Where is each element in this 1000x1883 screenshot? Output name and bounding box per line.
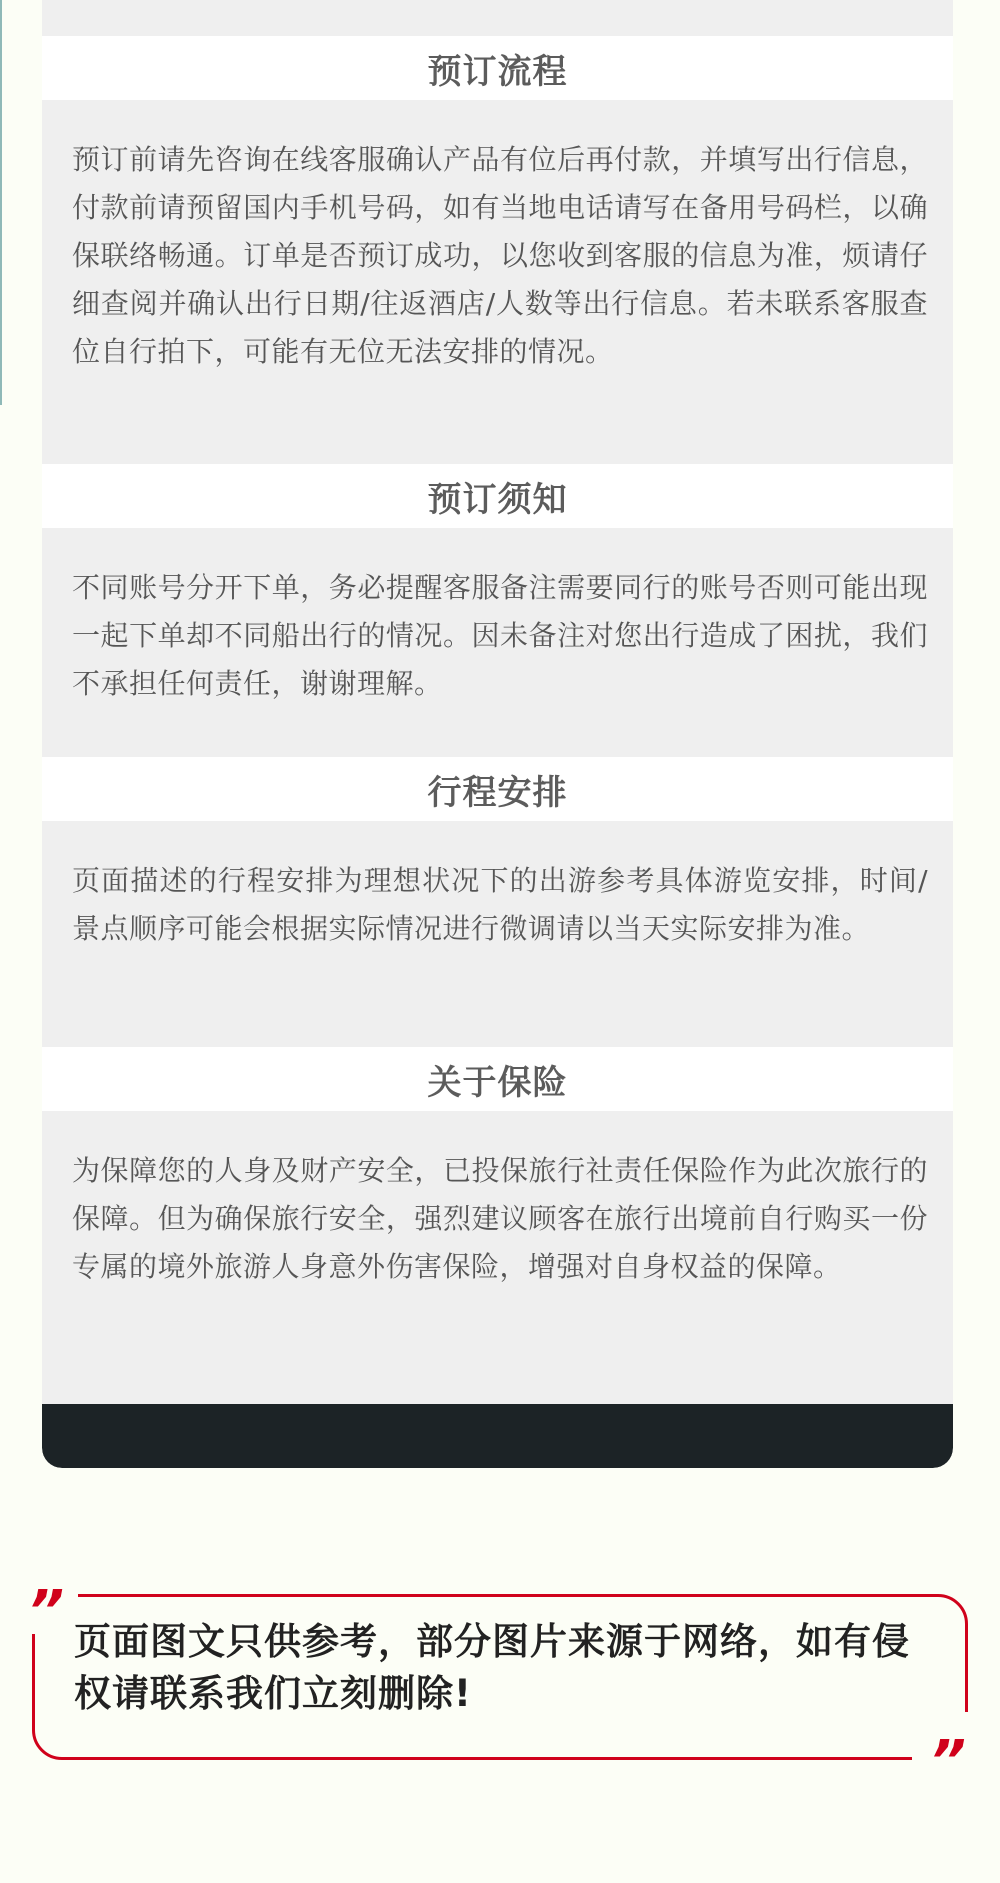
section-header-itinerary: 行程安排: [42, 757, 953, 821]
open-quote-icon: ”: [28, 1584, 64, 1640]
card-footer-bar: [42, 1404, 953, 1468]
booking-info-card: 预订流程 预订前请先咨询在线客服确认产品有位后再付款，并填写出行信息，付款前请预…: [42, 0, 953, 1468]
copyright-disclaimer-box: ” ” 页面图文只供参考，部分图片来源于网络，如有侵权请联系我们立刻删除!: [32, 1594, 968, 1760]
section-body-booking-process: 预订前请先咨询在线客服确认产品有位后再付款，并填写出行信息，付款前请预留国内手机…: [72, 136, 928, 376]
close-quote-icon: ”: [930, 1734, 966, 1790]
section-title: 预订须知: [428, 472, 568, 521]
disclaimer-text: 页面图文只供参考，部分图片来源于网络，如有侵权请联系我们立刻删除!: [74, 1616, 934, 1720]
section-body-itinerary: 页面描述的行程安排为理想状况下的出游参考具体游览安排，时间/景点顺序可能会根据实…: [72, 857, 928, 953]
section-title: 行程安排: [428, 765, 568, 814]
section-body-booking-notice: 不同账号分开下单，务必提醒客服备注需要同行的账号否则可能出现一起下单却不同船出行…: [72, 564, 928, 708]
section-body-insurance: 为保障您的人身及财产安全，已投保旅行社责任保险作为此次旅行的保障。但为确保旅行安…: [72, 1147, 928, 1291]
section-header-insurance: 关于保险: [42, 1047, 953, 1111]
section-header-booking-notice: 预订须知: [42, 464, 953, 528]
section-title: 预订流程: [428, 44, 568, 93]
section-header-booking-process: 预订流程: [42, 36, 953, 100]
section-title: 关于保险: [428, 1055, 568, 1104]
left-edge-divider: [0, 0, 2, 405]
